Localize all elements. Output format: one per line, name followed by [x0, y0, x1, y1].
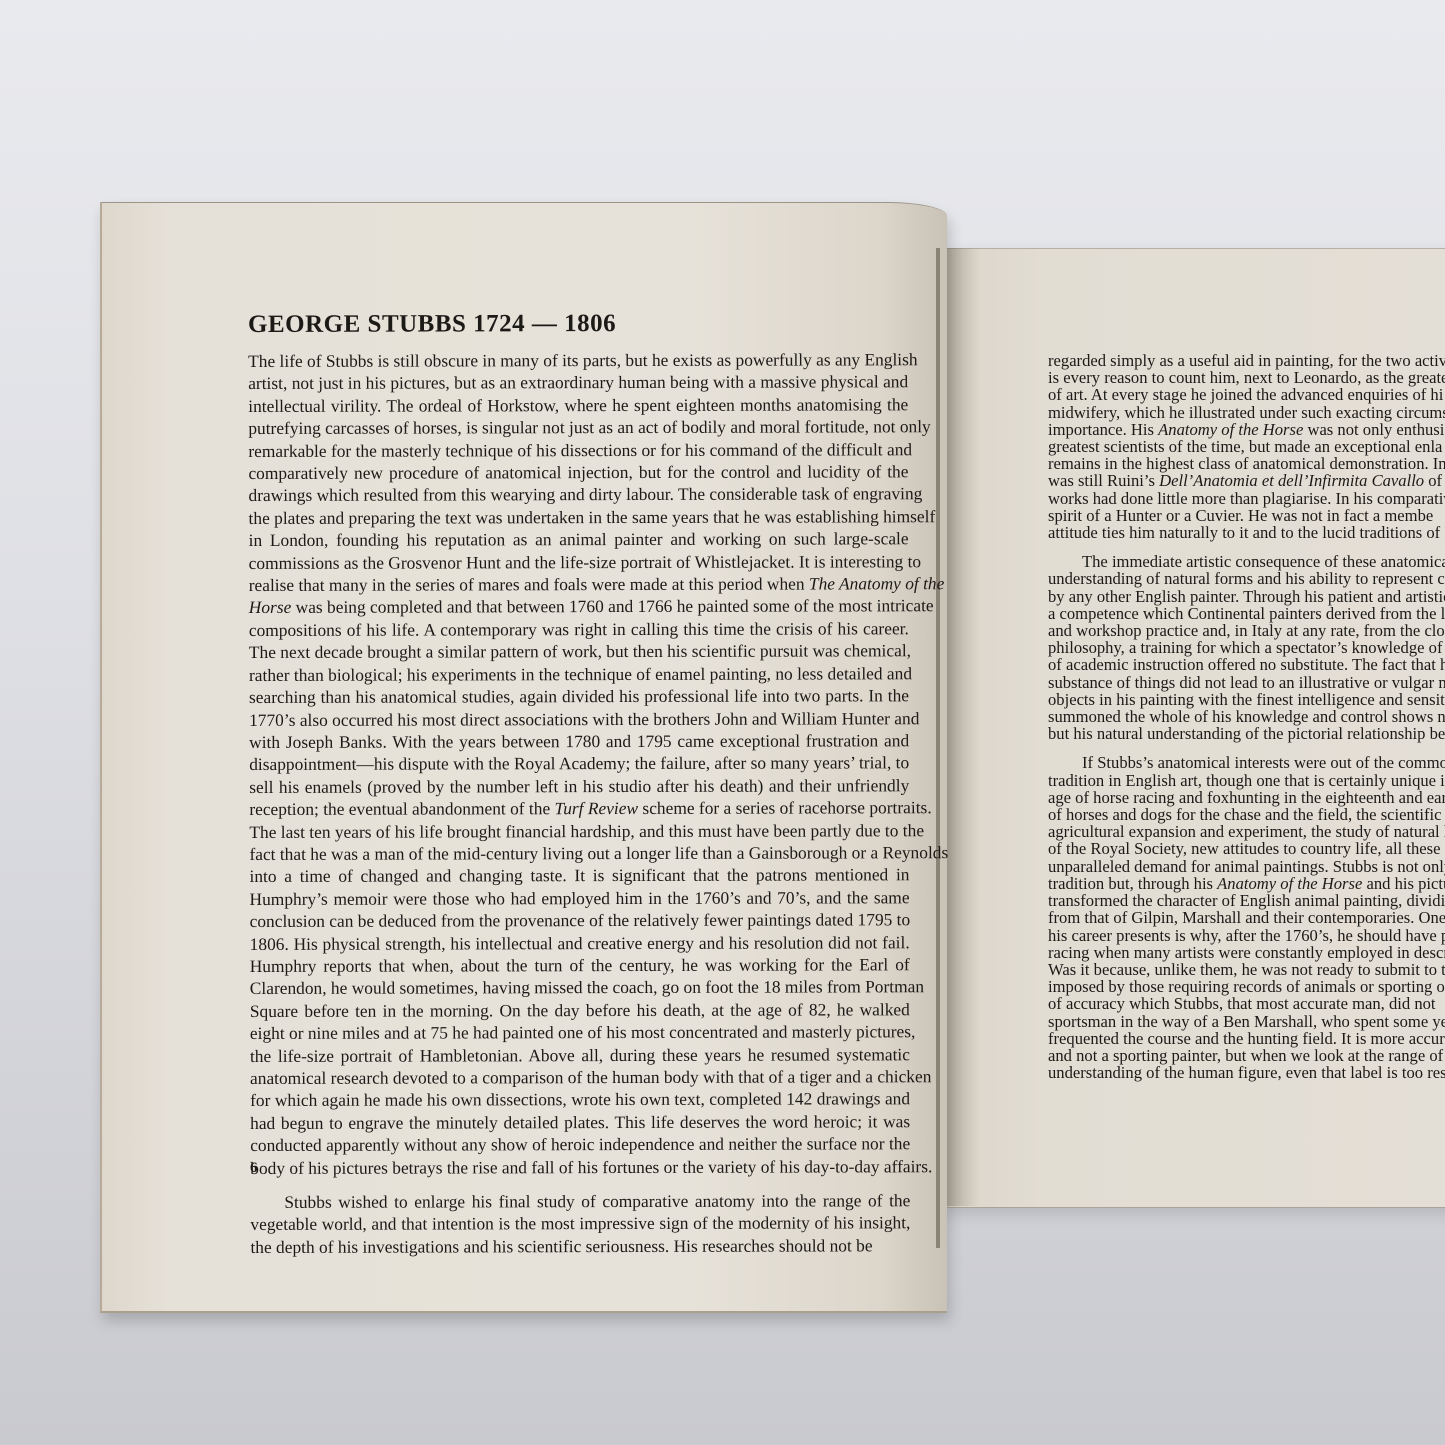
- text-line: The last ten years of his life brought f…: [249, 819, 909, 843]
- text-line: frequented the course and the hunting fi…: [1048, 1030, 1445, 1047]
- text-line: Stubbs wished to enlarge his final study…: [250, 1189, 910, 1213]
- text-line: vegetable world, and that intention is t…: [250, 1212, 910, 1236]
- spine-edge: [936, 248, 940, 1248]
- text-line: of the Royal Society, new attitudes to c…: [1048, 840, 1445, 857]
- text-line: objects in his painting with the finest …: [1048, 691, 1445, 708]
- text-line: Clarendon, he would sometimes, having mi…: [250, 976, 910, 1000]
- right-paragraph-2: The immediate artistic consequence of th…: [1048, 553, 1445, 742]
- text-line: and not a sporting painter, but when we …: [1048, 1047, 1445, 1064]
- text-line: works had done little more than plagiari…: [1048, 490, 1445, 507]
- text-line: midwifery, which he illustrated under su…: [1048, 404, 1445, 421]
- text-line: body of his pictures betrays the rise an…: [250, 1155, 910, 1179]
- text-line: sportsman in the way of a Ben Marshall, …: [1048, 1013, 1445, 1030]
- text-line: reception; the eventual abandonment of t…: [249, 796, 909, 820]
- right-page-text: regarded simply as a useful aid in paint…: [1048, 352, 1445, 1081]
- text-line: conducted apparently without any show of…: [250, 1132, 910, 1156]
- text-line: searching than his anatomical studies, a…: [249, 684, 909, 708]
- photo-scene: regarded simply as a useful aid in paint…: [0, 0, 1445, 1445]
- text-line: remarkable for the masterly technique of…: [248, 438, 908, 462]
- text-line: imposed by those requiring records of an…: [1048, 978, 1445, 995]
- text-line: Horse was being completed and that betwe…: [249, 595, 909, 619]
- text-line: is every reason to count him, next to Le…: [1048, 369, 1445, 386]
- text-line: of horses and dogs for the chase and the…: [1048, 806, 1445, 823]
- text-line: but his natural understanding of the pic…: [1048, 725, 1445, 742]
- text-line: understanding of natural forms and his a…: [1048, 570, 1445, 587]
- text-line: by any other English painter. Through hi…: [1048, 588, 1445, 605]
- text-line: his career presents is why, after the 17…: [1048, 927, 1445, 944]
- text-line: disappointment—his dispute with the Roya…: [249, 752, 909, 776]
- page-number: 6: [250, 1160, 258, 1177]
- left-paragraph-1: The life of Stubbs is still obscure in m…: [248, 348, 910, 1179]
- text-line: The next decade brought a similar patter…: [249, 640, 909, 664]
- right-page-text-area: regarded simply as a useful aid in paint…: [945, 248, 1445, 1206]
- text-line: agricultural expansion and experiment, t…: [1048, 823, 1445, 840]
- text-line: tradition but, through his Anatomy of th…: [1048, 875, 1445, 892]
- text-line: fact that he was a man of the mid-centur…: [249, 841, 909, 865]
- left-page-text: GEORGE STUBBS 1724 — 1806 The life of St…: [248, 308, 910, 1258]
- text-line: The life of Stubbs is still obscure in m…: [248, 348, 908, 372]
- text-line: attitude ties him naturally to it and to…: [1048, 524, 1445, 541]
- text-line: the life-size portrait of Hambletonian. …: [250, 1043, 910, 1067]
- text-line: 1770’s also occurred his most direct ass…: [249, 707, 909, 731]
- text-line: anatomical research devoted to a compari…: [250, 1065, 910, 1089]
- text-line: sell his enamels (proved by the number l…: [249, 774, 909, 798]
- text-line: Humphry’s memoir were those who had empl…: [250, 886, 910, 910]
- text-line: the depth of his investigations and his …: [250, 1234, 910, 1258]
- text-line: commissions as the Grosvenor Hunt and th…: [249, 550, 909, 574]
- text-line: spirit of a Hunter or a Cuvier. He was n…: [1048, 507, 1445, 524]
- chapter-heading: GEORGE STUBBS 1724 — 1806: [248, 308, 908, 340]
- text-line: substance of things did not lead to an i…: [1048, 674, 1445, 691]
- text-line: racing when many artists were constantly…: [1048, 944, 1445, 961]
- text-line: philosophy, a training for which a spect…: [1048, 639, 1445, 656]
- text-line: Square before ten in the morning. On the…: [250, 998, 910, 1022]
- text-line: rather than biological; his experiments …: [249, 662, 909, 686]
- text-line: of accuracy which Stubbs, that most accu…: [1048, 995, 1445, 1012]
- text-line: the plates and preparing the text was un…: [249, 505, 909, 529]
- text-line: tradition in English art, though one tha…: [1048, 772, 1445, 789]
- text-line: into a time of changed and changing tast…: [249, 864, 909, 888]
- text-line: for which again he made his own dissecti…: [250, 1088, 910, 1112]
- text-line: remains in the highest class of anatomic…: [1048, 455, 1445, 472]
- text-line: with Joseph Banks. With the years betwee…: [249, 729, 909, 753]
- text-line: eight or nine miles and at 75 he had pai…: [250, 1020, 910, 1044]
- left-paragraph-2: Stubbs wished to enlarge his final study…: [250, 1189, 910, 1258]
- text-line: comparatively new procedure of anatomica…: [248, 460, 908, 484]
- text-line: unparalleled demand for animal paintings…: [1048, 858, 1445, 875]
- right-paragraph-3: If Stubbs’s anatomical interests were ou…: [1048, 754, 1445, 1081]
- text-line: from that of Gilpin, Marshall and their …: [1048, 909, 1445, 926]
- text-line: If Stubbs’s anatomical interests were ou…: [1048, 754, 1445, 771]
- text-line: summoned the whole of his knowledge and …: [1048, 708, 1445, 725]
- text-line: regarded simply as a useful aid in paint…: [1048, 352, 1445, 369]
- text-line: Humphry reports that when, about the tur…: [250, 953, 910, 977]
- text-line: understanding of the human figure, even …: [1048, 1064, 1445, 1081]
- text-line: was still Ruini’s Dell’Anatomia et dell’…: [1048, 472, 1445, 489]
- text-line: of academic instruction offered no subst…: [1048, 656, 1445, 673]
- text-line: greatest scientists of the time, but mad…: [1048, 438, 1445, 455]
- text-line: transformed the character of English ani…: [1048, 892, 1445, 909]
- text-line: 1806. His physical strength, his intelle…: [250, 931, 910, 955]
- text-line: conclusion can be deduced from the prove…: [250, 908, 910, 932]
- text-line: putrefying carcasses of horses, is singu…: [248, 415, 908, 439]
- text-line: importance. His Anatomy of the Horse was…: [1048, 421, 1445, 438]
- text-line: age of horse racing and foxhunting in th…: [1048, 789, 1445, 806]
- text-line: drawings which resulted from this wearyi…: [248, 483, 908, 507]
- text-line: of art. At every stage he joined the adv…: [1048, 386, 1445, 403]
- text-line: a competence which Continental painters …: [1048, 605, 1445, 622]
- text-line: intellectual virility. The ordeal of Hor…: [248, 393, 908, 417]
- text-line: artist, not just in his pictures, but as…: [248, 371, 908, 395]
- text-line: and workshop practice and, in Italy at a…: [1048, 622, 1445, 639]
- text-line: in London, founding his reputation as an…: [249, 528, 909, 552]
- text-line: Was it because, unlike them, he was not …: [1048, 961, 1445, 978]
- text-line: realise that many in the series of mares…: [249, 572, 909, 596]
- text-line: The immediate artistic consequence of th…: [1048, 553, 1445, 570]
- text-line: had begun to engrave the minutely detail…: [250, 1110, 910, 1134]
- right-paragraph-1: regarded simply as a useful aid in paint…: [1048, 352, 1445, 541]
- text-line: compositions of his life. A contemporary…: [249, 617, 909, 641]
